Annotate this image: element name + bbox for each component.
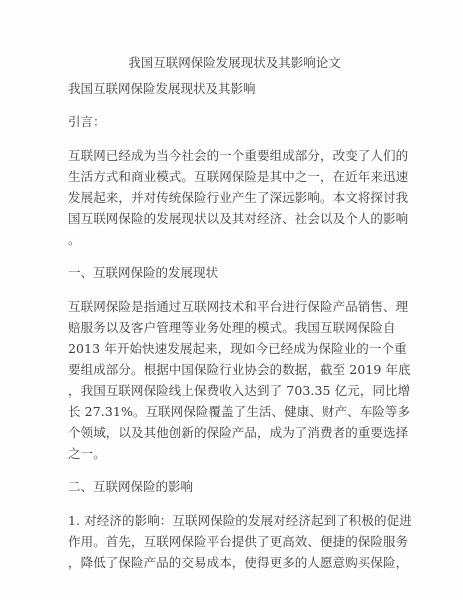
introduction-label: 引言： <box>68 111 401 132</box>
section-2-heading: 二、互联网保险的影响 <box>68 476 401 497</box>
introduction-paragraph: 互联网已经成为当今社会的一个重要组成部分，改变了人们的 生活方式和商业模式。互联… <box>68 145 401 250</box>
document-page: 我国互联网保险发展现状及其影响论文 我国互联网保险发展现状及其影响 引言： 互联… <box>0 0 463 600</box>
document-subtitle: 我国互联网保险发展现状及其影响 <box>68 78 401 99</box>
section-1-paragraph: 互联网保险是指通过互联网技术和平台进行保险产品销售、理 赔服务以及客户管理等业务… <box>68 296 401 464</box>
section-2-paragraph: 1. 对经济的影响：互联网保险的发展对经济起到了积极的促进 作用。首先，互联网保… <box>68 510 401 573</box>
document-title: 我国互联网保险发展现状及其影响论文 <box>68 52 401 73</box>
section-1-heading: 一、互联网保险的发展现状 <box>68 262 401 283</box>
